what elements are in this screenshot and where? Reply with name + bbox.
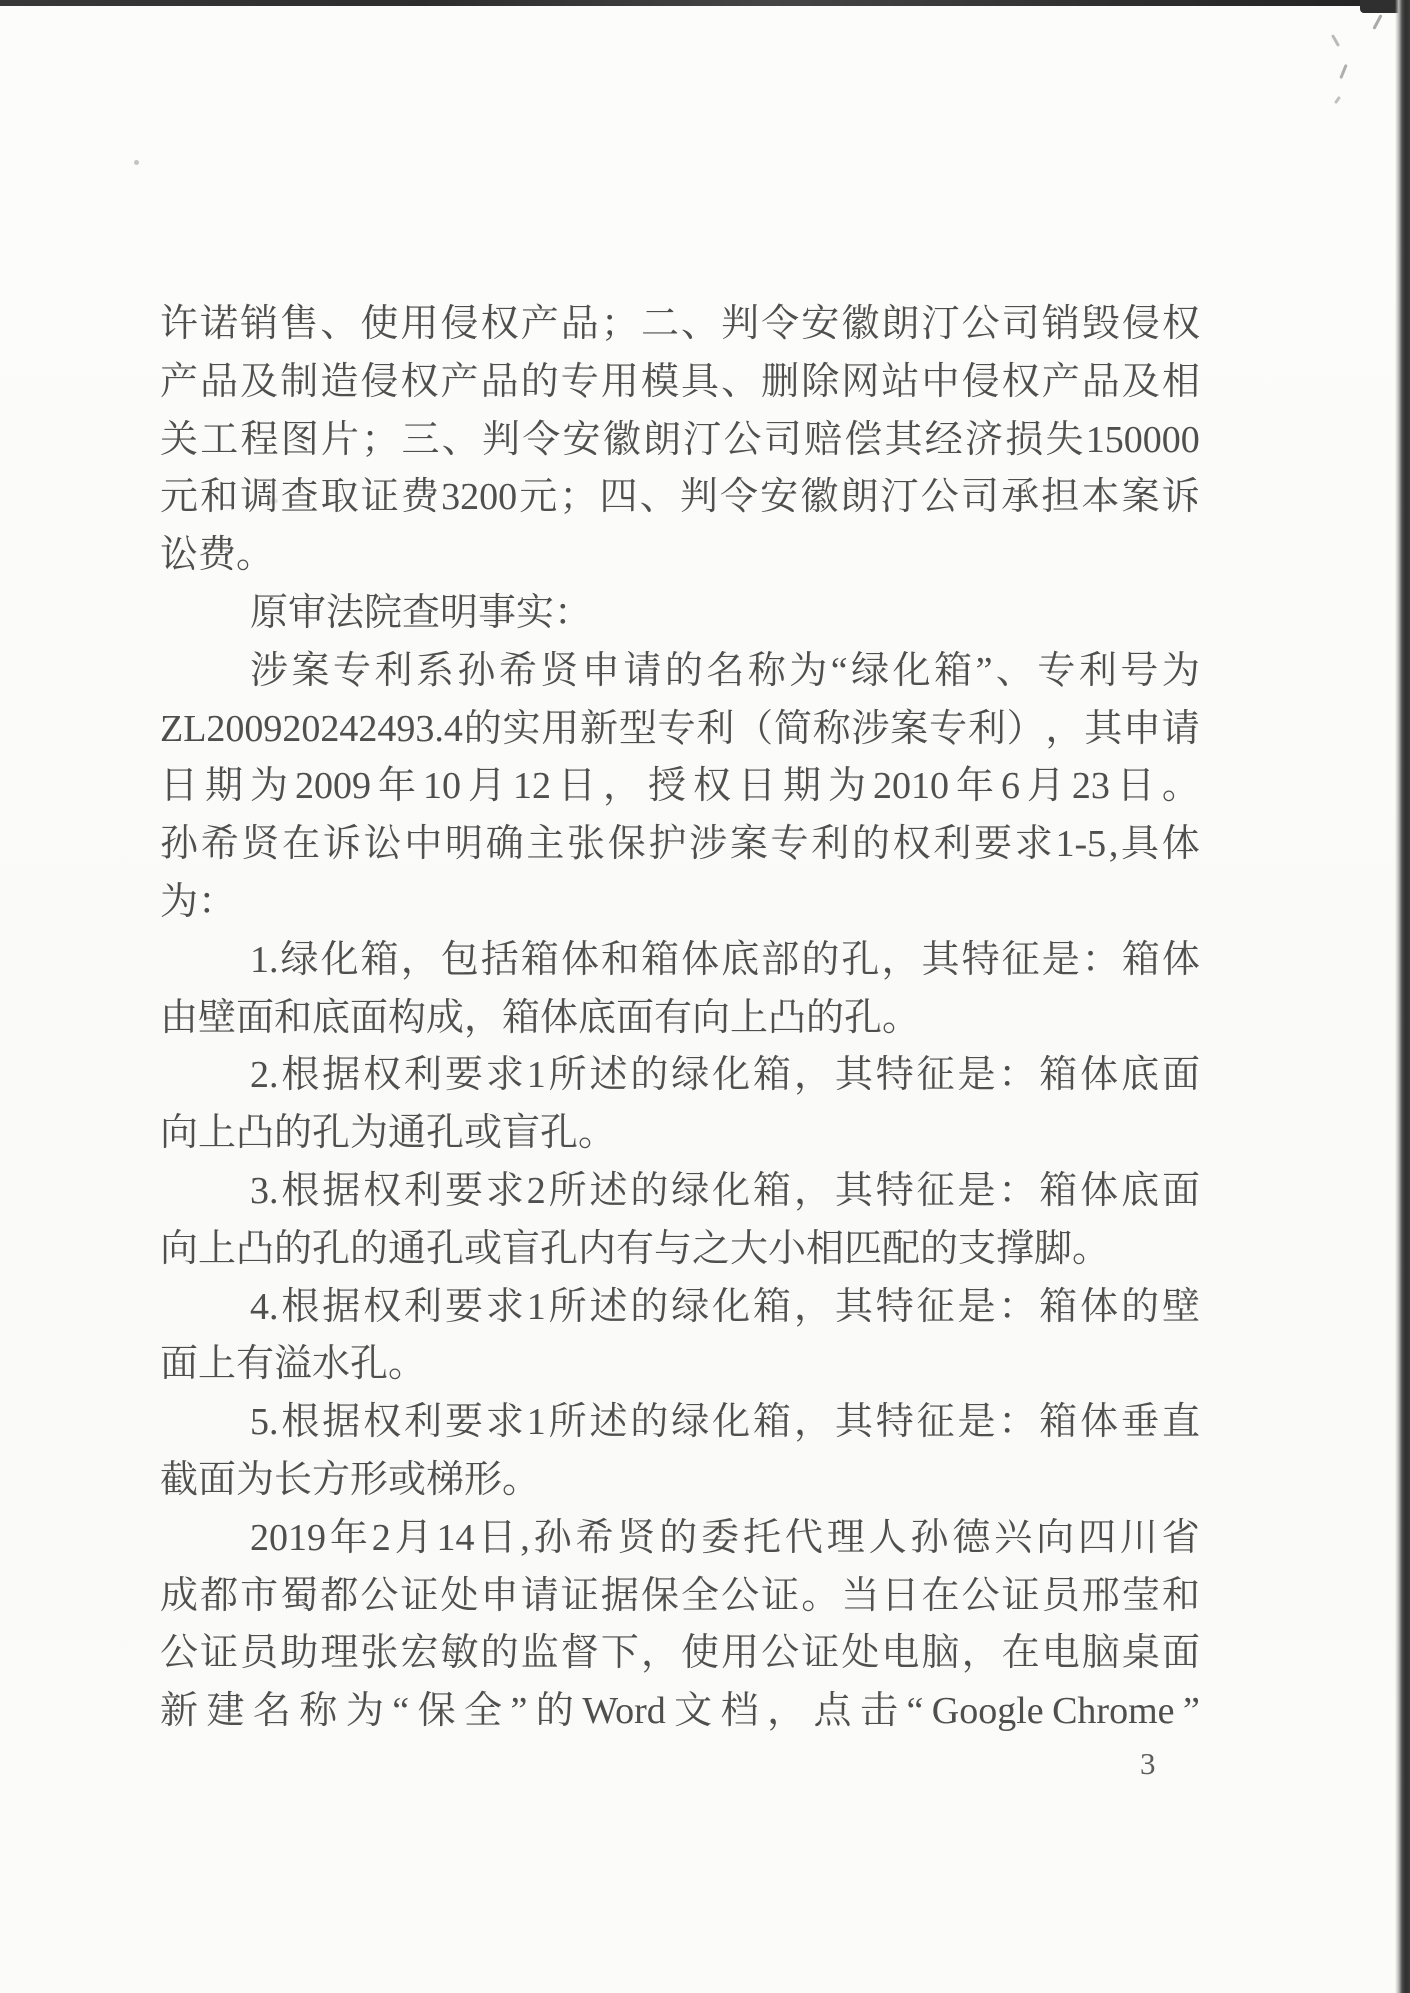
- pen-mark: [1372, 14, 1382, 30]
- text-line: 原审法院查明事实：: [160, 585, 1200, 643]
- text-line: 为：: [160, 874, 1200, 932]
- text-line: ZL200920242493.4的实用新型专利（简称涉案专利），其申请: [160, 701, 1200, 759]
- text-line: 2.根据权利要求1所述的绿化箱，其特征是：箱体底面: [160, 1047, 1200, 1105]
- pen-mark: [1339, 64, 1347, 79]
- text-line: 许诺销售、使用侵权产品；二、判令安徽朗汀公司销毁侵权: [160, 296, 1200, 354]
- document-page: 许诺销售、使用侵权产品；二、判令安徽朗汀公司销毁侵权 产品及制造侵权产品的专用模…: [0, 0, 1410, 1993]
- pen-mark: [1334, 96, 1341, 104]
- page-number: 3: [1140, 1746, 1156, 1782]
- text-line: 3.根据权利要求2所述的绿化箱，其特征是：箱体底面: [160, 1163, 1200, 1221]
- text-line: 成都市蜀都公证处申请证据保全公证。当日在公证员邢莹和: [160, 1568, 1200, 1626]
- text-line: 孙希贤在诉讼中明确主张保护涉案专利的权利要求1-5,具体: [160, 816, 1200, 874]
- scan-edge-top: [0, 0, 1410, 6]
- text-line: 4.根据权利要求1所述的绿化箱，其特征是：箱体的壁: [160, 1279, 1200, 1337]
- text-line: 新建名称为“保全”的Word文档，点击“GoogleChrome”: [160, 1683, 1200, 1741]
- text-line: 涉案专利系孙希贤申请的名称为“绿化箱”、专利号为: [160, 643, 1200, 701]
- text-line: 日期为2009年10月12日，授权日期为2010年6月23日。: [160, 758, 1200, 816]
- text-line: 5.根据权利要求1所述的绿化箱，其特征是：箱体垂直: [160, 1394, 1200, 1452]
- text-line: 面上有溢水孔。: [160, 1336, 1200, 1394]
- text-line: 由壁面和底面构成，箱体底面有向上凸的孔。: [160, 990, 1200, 1048]
- pen-mark: [1331, 34, 1340, 47]
- text-line: 公证员助理张宏敏的监督下，使用公证处电脑，在电脑桌面: [160, 1625, 1200, 1683]
- text-line: 截面为长方形或梯形。: [160, 1452, 1200, 1510]
- text-line: 向上凸的孔为通孔或盲孔。: [160, 1105, 1200, 1163]
- text-line: 1.绿化箱，包括箱体和箱体底部的孔，其特征是：箱体: [160, 932, 1200, 990]
- paper-speckle: [134, 160, 139, 165]
- text-line: 讼费。: [160, 527, 1200, 585]
- scan-edge-right: [1395, 0, 1410, 1993]
- text-line: 向上凸的孔的通孔或盲孔内有与之大小相匹配的支撑脚。: [160, 1221, 1200, 1279]
- text-line: 2019年2月14日,孙希贤的委托代理人孙德兴向四川省: [160, 1510, 1200, 1568]
- text-line: 产品及制造侵权产品的专用模具、删除网站中侵权产品及相: [160, 354, 1200, 412]
- document-text-block: 许诺销售、使用侵权产品；二、判令安徽朗汀公司销毁侵权 产品及制造侵权产品的专用模…: [160, 296, 1200, 1741]
- text-line: 关工程图片；三、判令安徽朗汀公司赔偿其经济损失150000: [160, 412, 1200, 470]
- text-line: 元和调查取证费3200元；四、判令安徽朗汀公司承担本案诉: [160, 469, 1200, 527]
